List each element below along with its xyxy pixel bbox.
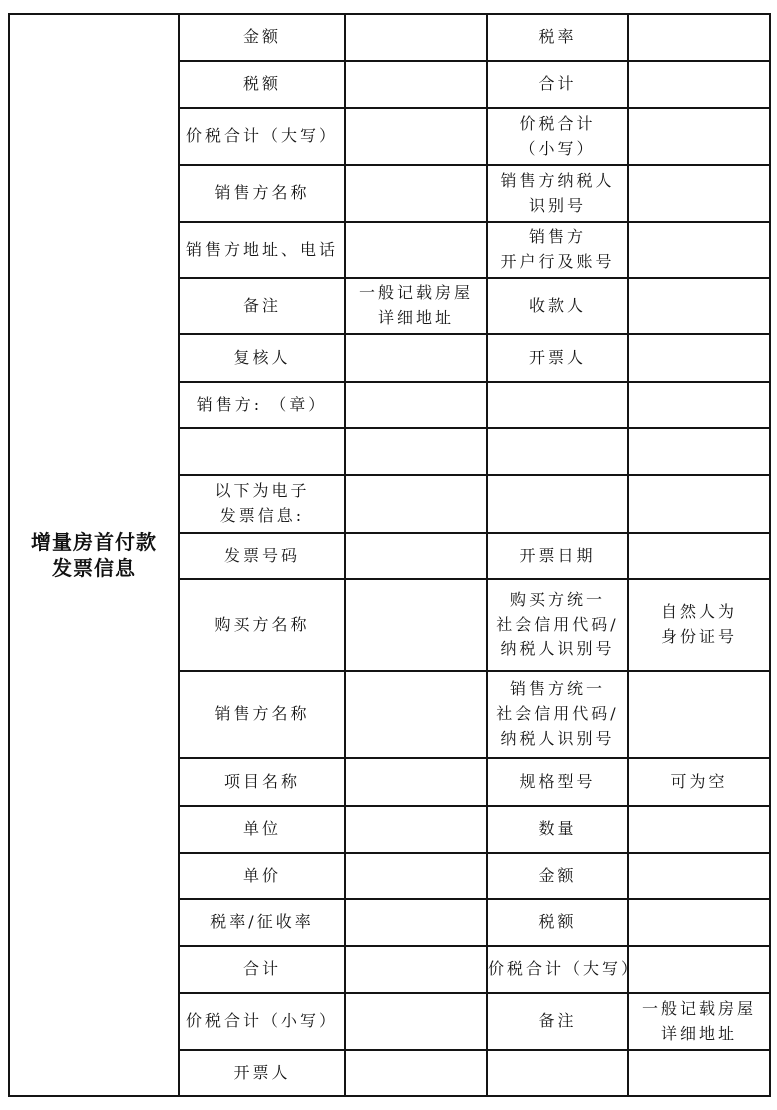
cell-text-line: 备注 xyxy=(488,1009,627,1034)
label-cell: 购买方统一社会信用代码/纳税人识别号 xyxy=(487,579,628,671)
cell-text-line: 价税合计（大写） xyxy=(180,124,344,149)
label-cell: 项目名称 xyxy=(179,758,345,806)
empty-value-cell xyxy=(345,61,487,108)
label-cell: 销售方纳税人识别号 xyxy=(487,165,628,222)
cell-text-line: 可为空 xyxy=(629,770,769,795)
empty-value-cell xyxy=(628,899,770,946)
label-cell: 价税合计（小写） xyxy=(487,108,628,165)
cell-text-line: 详细地址 xyxy=(346,306,486,331)
label-cell: 数量 xyxy=(487,806,628,853)
cell-text-line: 纳税人识别号 xyxy=(488,727,627,752)
cell-text-line: 详细地址 xyxy=(629,1022,769,1047)
empty-value-cell xyxy=(345,758,487,806)
empty-value-cell xyxy=(345,671,487,758)
cell-text-line: 社会信用代码/ xyxy=(488,702,627,727)
label-cell: 税额 xyxy=(179,61,345,108)
cell-text-line: 以下为电子 xyxy=(180,479,344,504)
cell-text-line: 开户行及账号 xyxy=(488,250,627,275)
label-cell: 以下为电子发票信息: xyxy=(179,475,345,533)
cell-text-line: 合计 xyxy=(180,957,344,982)
cell-text-line: 购买方名称 xyxy=(180,613,344,638)
label-cell: 开票人 xyxy=(487,334,628,382)
label-cell: 自然人为身份证号 xyxy=(628,579,770,671)
cell-text-line: 开票日期 xyxy=(488,544,627,569)
empty-value-cell xyxy=(179,428,345,475)
label-cell: 销售方名称 xyxy=(179,671,345,758)
label-cell: 可为空 xyxy=(628,758,770,806)
cell-text-line: 价税合计（小写） xyxy=(180,1009,344,1034)
empty-value-cell xyxy=(487,1050,628,1096)
empty-value-cell xyxy=(345,993,487,1050)
cell-text-line: 开票人 xyxy=(488,346,627,371)
cell-text-line: 销售方名称 xyxy=(180,702,344,727)
empty-value-cell xyxy=(345,579,487,671)
empty-value-cell xyxy=(628,671,770,758)
empty-value-cell xyxy=(628,475,770,533)
empty-value-cell xyxy=(628,853,770,899)
empty-value-cell xyxy=(487,382,628,428)
empty-value-cell xyxy=(345,222,487,278)
empty-value-cell xyxy=(345,475,487,533)
label-cell: 金额 xyxy=(179,14,345,61)
label-cell: 销售方开户行及账号 xyxy=(487,222,628,278)
cell-text-line: 价税合计（大写） xyxy=(488,957,627,982)
label-cell: 金额 xyxy=(487,853,628,899)
invoice-info-table: 增量房首付款发票信息金额税率税额合计价税合计（大写）价税合计（小写）销售方名称销… xyxy=(8,13,771,1097)
label-cell: 备注 xyxy=(487,993,628,1050)
empty-value-cell xyxy=(628,946,770,993)
label-cell: 备注 xyxy=(179,278,345,334)
empty-value-cell xyxy=(345,533,487,579)
label-cell: 收款人 xyxy=(487,278,628,334)
empty-value-cell xyxy=(345,946,487,993)
label-cell: 发票号码 xyxy=(179,533,345,579)
empty-value-cell xyxy=(345,428,487,475)
empty-value-cell xyxy=(628,165,770,222)
empty-value-cell xyxy=(345,853,487,899)
label-cell: 税额 xyxy=(487,899,628,946)
empty-value-cell xyxy=(628,806,770,853)
label-cell: 合计 xyxy=(179,946,345,993)
label-cell: 单价 xyxy=(179,853,345,899)
empty-value-cell xyxy=(628,222,770,278)
empty-value-cell xyxy=(628,533,770,579)
cell-text-line: 销售方: （章） xyxy=(180,393,344,418)
empty-value-cell xyxy=(628,1050,770,1096)
cell-text-line: （小写） xyxy=(488,137,627,162)
empty-value-cell xyxy=(345,382,487,428)
cell-text-line: 纳税人识别号 xyxy=(488,637,627,662)
cell-text-line: 数量 xyxy=(488,817,627,842)
table-row: 增量房首付款发票信息金额税率 xyxy=(9,14,770,61)
cell-text-line: 规格型号 xyxy=(488,770,627,795)
label-cell: 一般记载房屋详细地址 xyxy=(628,993,770,1050)
label-cell: 规格型号 xyxy=(487,758,628,806)
empty-value-cell xyxy=(628,14,770,61)
cell-text-line: 销售方地址、电话 xyxy=(180,238,344,263)
label-cell: 一般记载房屋详细地址 xyxy=(345,278,487,334)
cell-text-line: 开票人 xyxy=(180,1061,344,1086)
label-cell: 销售方: （章） xyxy=(179,382,345,428)
cell-text-line: 发票号码 xyxy=(180,544,344,569)
label-cell: 价税合计（大写） xyxy=(179,108,345,165)
label-cell: 复核人 xyxy=(179,334,345,382)
cell-text-line: 单位 xyxy=(180,817,344,842)
label-cell: 销售方地址、电话 xyxy=(179,222,345,278)
empty-value-cell xyxy=(345,1050,487,1096)
label-cell: 税率/征收率 xyxy=(179,899,345,946)
empty-value-cell xyxy=(345,334,487,382)
cell-text-line: 价税合计 xyxy=(488,112,627,137)
empty-value-cell xyxy=(628,334,770,382)
empty-value-cell xyxy=(628,428,770,475)
empty-value-cell xyxy=(345,899,487,946)
label-cell: 合计 xyxy=(487,61,628,108)
empty-value-cell xyxy=(487,475,628,533)
label-cell: 购买方名称 xyxy=(179,579,345,671)
empty-value-cell xyxy=(345,165,487,222)
empty-value-cell xyxy=(628,61,770,108)
label-cell: 单位 xyxy=(179,806,345,853)
cell-text-line: 销售方名称 xyxy=(180,181,344,206)
label-cell: 税率 xyxy=(487,14,628,61)
cell-text-line: 一般记载房屋 xyxy=(629,997,769,1022)
label-cell: 开票日期 xyxy=(487,533,628,579)
cell-text-line: 自然人为 xyxy=(629,600,769,625)
label-cell: 开票人 xyxy=(179,1050,345,1096)
cell-text-line: 发票信息 xyxy=(10,555,178,581)
cell-text-line: 税率 xyxy=(488,25,627,50)
cell-text-line: 税率/征收率 xyxy=(180,910,344,935)
empty-value-cell xyxy=(345,806,487,853)
label-cell: 销售方统一社会信用代码/纳税人识别号 xyxy=(487,671,628,758)
empty-value-cell xyxy=(345,14,487,61)
row-group-header: 增量房首付款发票信息 xyxy=(9,14,179,1096)
cell-text-line: 合计 xyxy=(488,72,627,97)
cell-text-line: 销售方 xyxy=(488,225,627,250)
empty-value-cell xyxy=(487,428,628,475)
empty-value-cell xyxy=(345,108,487,165)
cell-text-line: 购买方统一 xyxy=(488,588,627,613)
cell-text-line: 金额 xyxy=(488,864,627,889)
cell-text-line: 复核人 xyxy=(180,346,344,371)
empty-value-cell xyxy=(628,382,770,428)
cell-text-line: 发票信息: xyxy=(180,504,344,529)
cell-text-line: 备注 xyxy=(180,294,344,319)
cell-text-line: 识别号 xyxy=(488,194,627,219)
cell-text-line: 身份证号 xyxy=(629,625,769,650)
cell-text-line: 销售方统一 xyxy=(488,677,627,702)
label-cell: 价税合计（小写） xyxy=(179,993,345,1050)
cell-text-line: 社会信用代码/ xyxy=(488,613,627,638)
label-cell: 价税合计（大写） xyxy=(487,946,628,993)
cell-text-line: 销售方纳税人 xyxy=(488,169,627,194)
cell-text-line: 税额 xyxy=(488,910,627,935)
empty-value-cell xyxy=(628,108,770,165)
cell-text-line: 收款人 xyxy=(488,294,627,319)
cell-text-line: 税额 xyxy=(180,72,344,97)
invoice-table-body: 增量房首付款发票信息金额税率税额合计价税合计（大写）价税合计（小写）销售方名称销… xyxy=(9,14,770,1096)
empty-value-cell xyxy=(628,278,770,334)
cell-text-line: 单价 xyxy=(180,864,344,889)
cell-text-line: 项目名称 xyxy=(180,770,344,795)
cell-text-line: 增量房首付款 xyxy=(10,529,178,555)
cell-text-line: 一般记载房屋 xyxy=(346,281,486,306)
label-cell: 销售方名称 xyxy=(179,165,345,222)
cell-text-line: 金额 xyxy=(180,25,344,50)
